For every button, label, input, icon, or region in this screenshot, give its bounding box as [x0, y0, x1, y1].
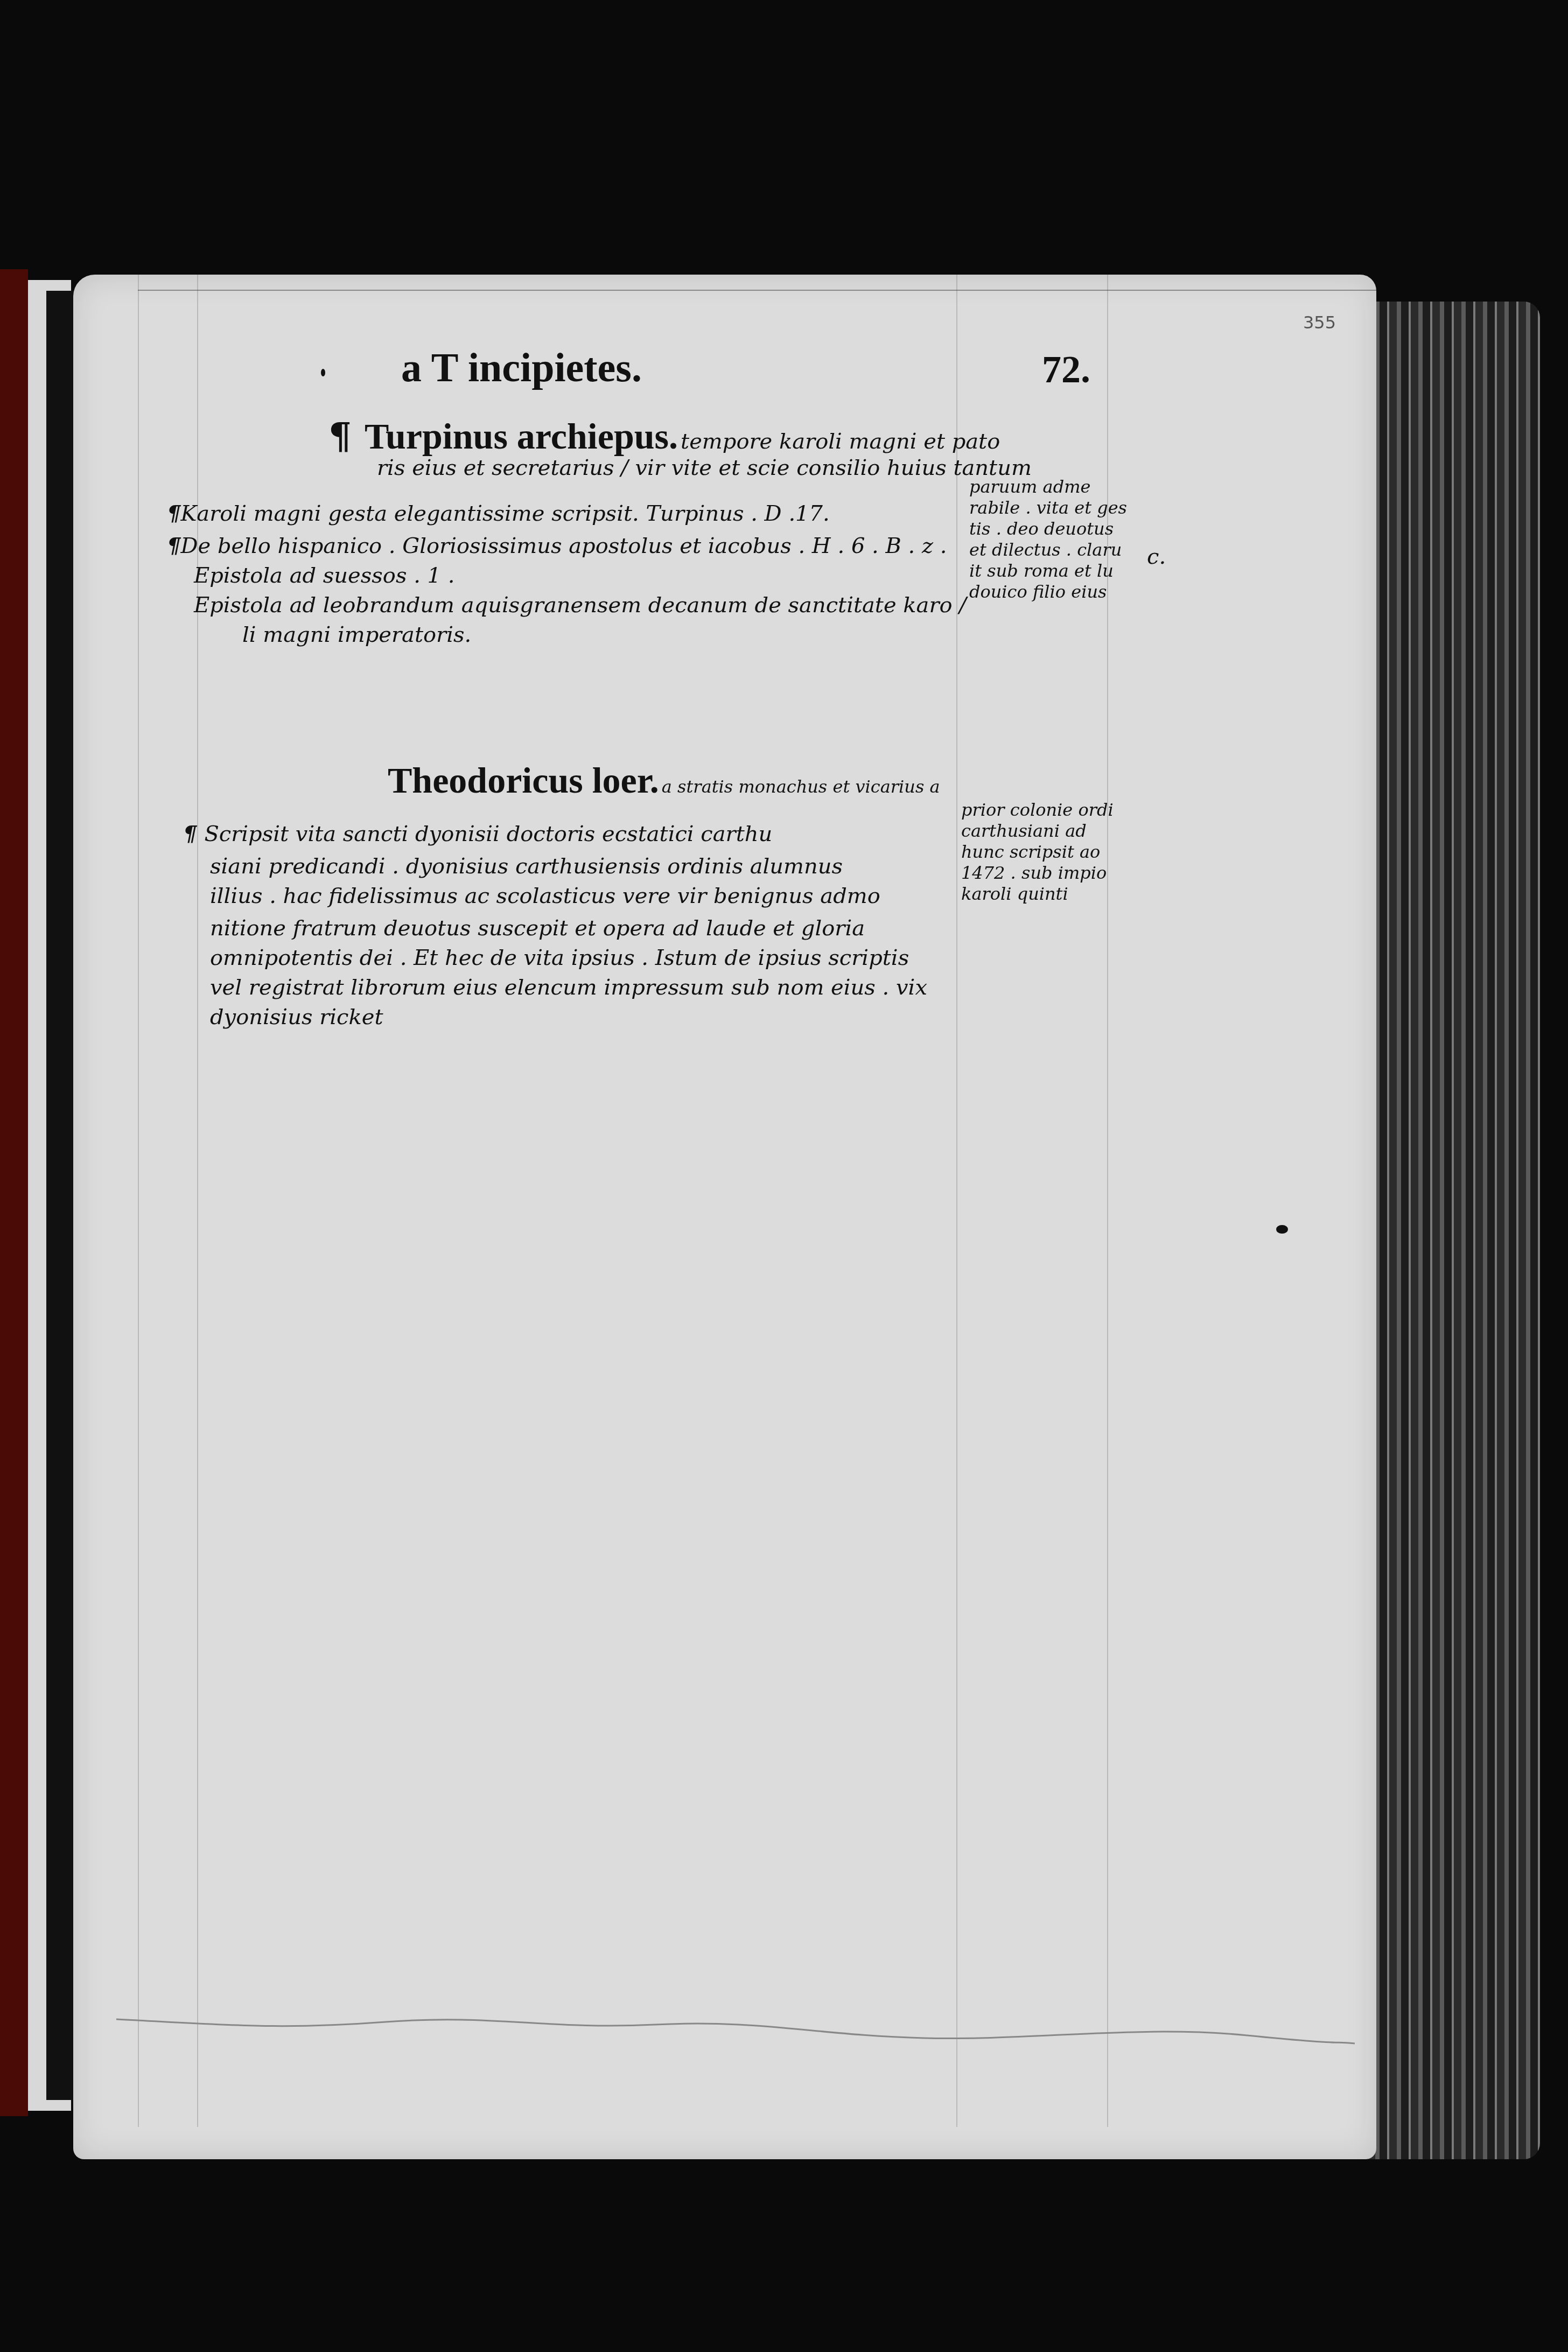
running-head: a T incipietes. — [401, 345, 642, 391]
binding-gutter — [46, 291, 73, 2100]
entry-line: ris eius et secretarius / vir vite et sc… — [377, 455, 1032, 481]
folio-number-ink: 72. — [1042, 347, 1090, 392]
ruling-line-top — [138, 290, 1376, 291]
entry-line: vel registrat librorum eius elencum impr… — [210, 975, 927, 1000]
entry-line: siani predicandi . dyonisius carthusiens… — [210, 853, 843, 879]
margin-note-line: douico filio eius — [969, 582, 1127, 603]
wavy-stain-line — [116, 2014, 1355, 2046]
margin-note-line: rabile . vita et ges — [969, 498, 1127, 519]
margin-note-line: et dilectus . claru — [969, 540, 1127, 561]
entry-heading: Turpinus archiepus. — [365, 416, 678, 457]
entry-heading-continuation: a stratis monachus et vicarius a — [662, 776, 940, 797]
entry-line-text: Scripsit vita sancti dyonisii doctoris e… — [204, 822, 772, 846]
pilcrow-icon: ¶ — [328, 415, 365, 458]
margin-note-line: paruum adme — [969, 477, 1127, 498]
ruling-line-column — [956, 275, 957, 2127]
margin-note: prior colonie ordi carthusiani ad hunc s… — [961, 800, 1114, 905]
entry-line-text: De bello hispanico . Gloriosissimus apos… — [180, 534, 947, 558]
folio-number-pencil: 355 — [1303, 312, 1336, 333]
entry-line: Epistola ad leobrandum aquisgranensem de… — [194, 592, 967, 618]
margin-note-line: it sub roma et lu — [969, 561, 1127, 582]
margin-note-line: carthusiani ad — [961, 821, 1114, 842]
entry-line: nitione fratrum deuotus suscepit et oper… — [210, 915, 865, 941]
entry-line: ¶De bello hispanico . Gloriosissimus apo… — [167, 533, 947, 559]
margin-note-line: hunc scripsit ao — [961, 842, 1114, 863]
entry-line: Epistola ad suessos . 1 . — [194, 563, 454, 589]
margin-note: paruum adme rabile . vita et ges tis . d… — [969, 477, 1127, 603]
pilcrow-icon: ¶ — [167, 501, 180, 526]
entry-heading: Theodoricus loer. — [388, 760, 659, 801]
entry-turpinus-heading-row: ¶ Turpinus archiepus. tempore karoli mag… — [328, 415, 1000, 458]
margin-mark: c. — [1147, 544, 1166, 570]
binding-red-strip — [0, 269, 28, 2116]
text-block-page-edges — [1368, 302, 1540, 2159]
entry-line: illius . hac fidelissimus ac scolasticus… — [210, 883, 880, 909]
entry-line: dyonisius ricket — [210, 1004, 383, 1030]
entry-line: omnipotentis dei . Et hec de vita ipsius… — [210, 945, 909, 971]
pilcrow-icon: ¶ — [167, 533, 180, 558]
entry-theodoricus-heading-row: Theodoricus loer. a stratis monachus et … — [388, 759, 940, 802]
entry-line: li magni imperatoris. — [242, 622, 471, 648]
entry-line: ¶Karoli magni gesta elegantissime scrips… — [167, 501, 830, 527]
margin-note-line: prior colonie ordi — [961, 800, 1114, 821]
margin-note-line: 1472 . sub impio — [961, 863, 1114, 884]
ink-spot — [1276, 1225, 1288, 1234]
ruling-line-left-outer — [138, 275, 139, 2127]
pilcrow-icon: ¶ — [183, 821, 204, 846]
entry-line: ¶ Scripsit vita sancti dyonisii doctoris… — [183, 821, 772, 847]
entry-line-text: Karoli magni gesta elegantissime scripsi… — [180, 501, 829, 526]
ink-spot — [321, 369, 325, 376]
margin-note-line: karoli quinti — [961, 884, 1114, 905]
entry-heading-continuation: tempore karoli magni et pato — [681, 429, 1000, 454]
margin-note-line: tis . deo deuotus — [969, 519, 1127, 540]
